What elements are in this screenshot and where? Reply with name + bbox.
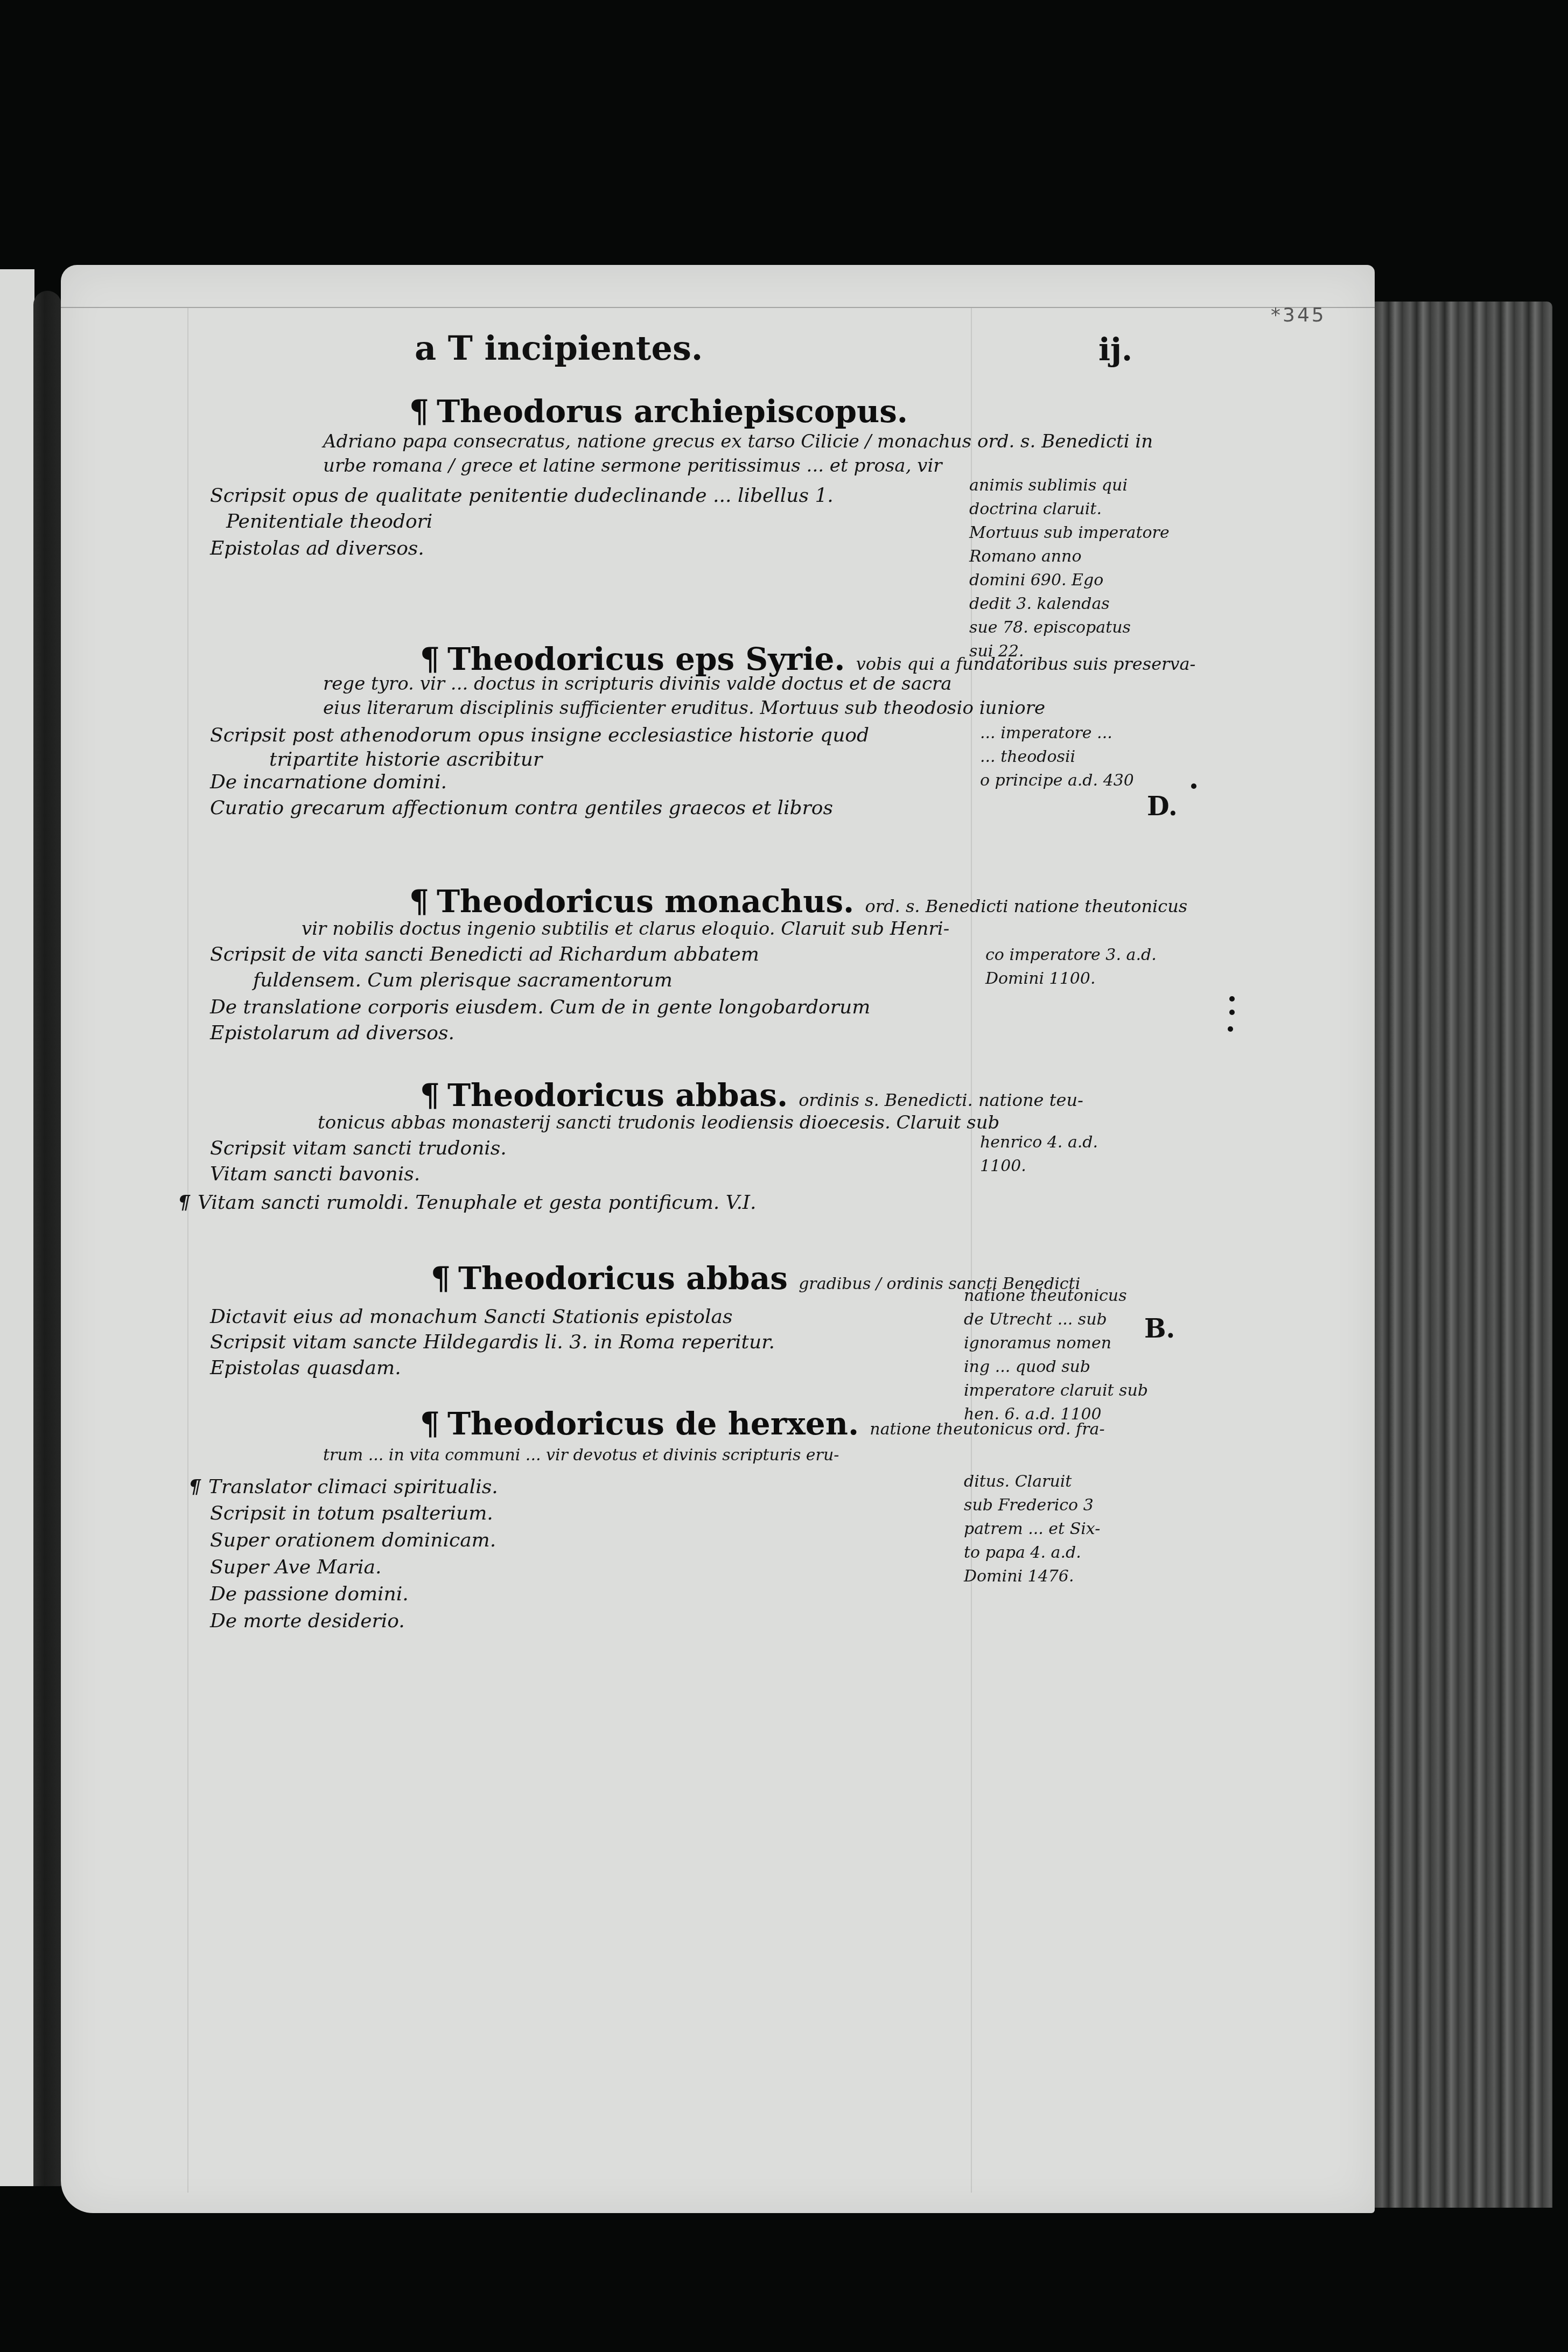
work-item: De passione domini. — [210, 1583, 409, 1605]
facing-page-edge — [0, 269, 34, 2186]
pilcrow-icon: ¶ — [420, 1405, 440, 1442]
entry-description-line: tonicus abbas monasterij sancti trudonis… — [318, 1112, 999, 1133]
work-item: Super orationem dominicam. — [210, 1529, 496, 1551]
entry-description-line: vir nobilis doctus ingenio subtilis et c… — [302, 918, 949, 940]
entry-heading: ¶Theodoricus abbas. ordinis s. Benedicti… — [420, 1077, 1083, 1114]
side-mark: B. — [1144, 1314, 1175, 1344]
entry-heading: ¶Theodoricus de herxen. natione theutoni… — [420, 1405, 1105, 1442]
margin-dot — [1229, 1010, 1235, 1015]
work-item: De incarnatione domini. — [210, 771, 447, 793]
work-item: De morte desiderio. — [210, 1610, 405, 1632]
margin-note: animis sublimis qui doctrina claruit. Mo… — [969, 474, 1195, 663]
side-mark: D. — [1147, 792, 1178, 822]
work-item: tripartite historie ascribitur — [269, 748, 542, 771]
page-stack-edge — [1375, 302, 1552, 2208]
pilcrow-icon: ¶ — [420, 641, 440, 677]
entry-heading: ¶Theodoricus eps Syrie. vobis qui a fund… — [420, 641, 1195, 677]
pilcrow-icon: ¶ — [420, 1077, 440, 1114]
work-item: Scripsit de vita sancti Benedicti ad Ric… — [210, 943, 759, 965]
work-item: Curatio grecarum affectionum contra gent… — [210, 797, 833, 819]
margin-dot — [1229, 996, 1235, 1002]
work-item: Dictavit eius ad monachum Sancti Station… — [210, 1306, 732, 1328]
page-number: ij. — [1098, 331, 1132, 368]
running-head: a T incipientes. — [415, 328, 703, 368]
work-item: Scripsit vitam sancte Hildegardis li. 3.… — [210, 1331, 775, 1353]
pilcrow-icon: ¶ — [431, 1260, 451, 1297]
work-item: Scripsit in totum psalterium. — [210, 1502, 493, 1524]
margin-note: co imperatore 3. a.d. Domini 1100. — [985, 943, 1212, 991]
entry-heading: ¶Theodorus archiepiscopus. — [409, 393, 908, 430]
pilcrow-icon: ¶ — [409, 883, 429, 920]
entry-description-line: Adriano papa consecratus, natione grecus… — [323, 431, 1153, 452]
margin-note: ditus. Claruit sub Frederico 3 patrem ..… — [964, 1470, 1190, 1588]
pilcrow-icon: ¶ — [188, 1475, 201, 1498]
entry-description-line: eius literarum disciplinis sufficienter … — [323, 697, 1045, 719]
margin-note: ... imperatore ... ... theodosii o princ… — [980, 722, 1206, 793]
work-item: Vitam sancti bavonis. — [210, 1163, 420, 1185]
work-item: Scripsit opus de qualitate penitentie du… — [210, 485, 834, 507]
work-item: De translatione corporis eiusdem. Cum de… — [210, 996, 870, 1018]
entry-description-line: trum ... in vita communi ... vir devotus… — [323, 1446, 839, 1465]
work-item: Super Ave Maria. — [210, 1556, 381, 1578]
work-item: ¶Translator climaci spiritualis. — [188, 1475, 498, 1498]
folio-number: *345 — [1271, 304, 1326, 326]
margin-dot — [1191, 783, 1196, 789]
work-item: Epistolas ad diversos. — [210, 537, 424, 559]
entry-description-line: rege tyro. vir ... doctus in scripturis … — [323, 673, 952, 695]
margin-dot — [1228, 1026, 1233, 1032]
top-ruling — [61, 307, 1375, 308]
pilcrow-icon: ¶ — [178, 1191, 190, 1214]
work-item: Scripsit post athenodorum opus insigne e… — [210, 724, 869, 746]
work-item: ¶Vitam sancti rumoldi. Tenuphale et gest… — [178, 1191, 757, 1214]
work-item: Penitentiale theodori — [226, 510, 432, 533]
entry-heading: ¶Theodoricus monachus. ord. s. Benedicti… — [409, 883, 1187, 920]
work-item: Scripsit vitam sancti trudonis. — [210, 1137, 507, 1159]
margin-note: henrico 4. a.d. 1100. — [980, 1131, 1206, 1178]
pilcrow-icon: ¶ — [409, 393, 429, 430]
entry-description-line: urbe romana / grece et latine sermone pe… — [323, 455, 942, 477]
work-item: Epistolarum ad diversos. — [210, 1022, 454, 1044]
work-item: fuldensem. Cum plerisque sacramentorum — [253, 969, 673, 991]
margin-ruling-left — [187, 308, 188, 2193]
book-gutter — [33, 291, 61, 2186]
work-item: Epistolas quasdam. — [210, 1357, 401, 1379]
